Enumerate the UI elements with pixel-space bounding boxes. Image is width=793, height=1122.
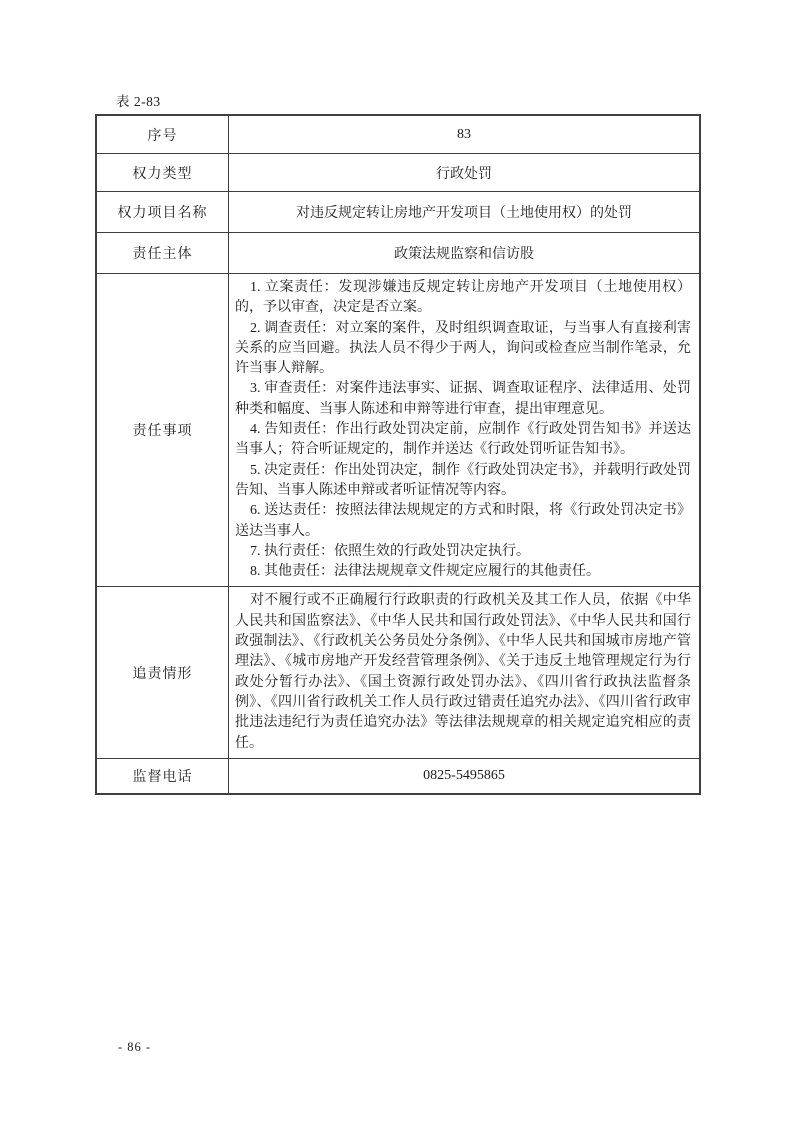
responsibility-item-3: 3. 审查责任：对案件违法事实、证据、调查取证程序、法律适用、处罚种类和幅度、当… <box>235 379 691 420</box>
responsibility-item-2: 2. 调查责任：对立案的案件，及时组织调查取证，与当事人有直接利害关系的应当回避… <box>235 319 691 380</box>
responsibility-item-6: 6. 送达责任：按照法律法规规定的方式和时限，将《行政处罚决定书》送达当事人。 <box>235 501 691 542</box>
table-row: 权力类型 行政处罚 <box>96 154 700 192</box>
table-caption: 表 2-83 <box>116 94 701 110</box>
row-label-accountability-circumstances: 追责情形 <box>96 587 229 758</box>
responsibility-item-5: 5. 决定责任：作出处罚决定，制作《行政处罚决定书》，并载明行政处罚告知、当事人… <box>235 461 691 502</box>
table-row: 序号 83 <box>96 115 700 154</box>
table-row: 追责情形 对不履行或不正确履行行政职责的行政机关及其工作人员，依据《中华人民共和… <box>96 587 700 758</box>
row-label-power-type: 权力类型 <box>96 154 229 192</box>
page-number: - 86 - <box>118 1040 151 1055</box>
row-value-power-item-name: 对违反规定转让房地产开发项目（土地使用权）的处罚 <box>229 192 701 233</box>
row-value-responsibility-items: 1. 立案责任：发现涉嫌违反规定转让房地产开发项目（土地使用权）的，予以审查，决… <box>229 274 701 587</box>
table-row: 权力项目名称 对违反规定转让房地产开发项目（土地使用权）的处罚 <box>96 192 700 233</box>
row-value-supervision-phone: 0825-5495865 <box>229 758 701 794</box>
document-page: { "page": { "title": "表 2-83", "footer":… <box>0 0 793 1122</box>
row-label-serial-number: 序号 <box>96 115 229 154</box>
document-body: 表 2-83 序号 83 权力类型 行政处罚 权力项目名称 对违反规定转让房地产… <box>95 94 701 795</box>
row-value-serial-number: 83 <box>229 115 701 154</box>
responsibility-item-1: 1. 立案责任：发现涉嫌违反规定转让房地产开发项目（土地使用权）的，予以审查，决… <box>235 278 691 319</box>
power-responsibility-table: 序号 83 权力类型 行政处罚 权力项目名称 对违反规定转让房地产开发项目（土地… <box>95 114 701 795</box>
table-row: 监督电话 0825-5495865 <box>96 758 700 794</box>
row-value-power-type: 行政处罚 <box>229 154 701 192</box>
responsibility-item-7: 7. 执行责任：依照生效的行政处罚决定执行。 <box>235 542 691 562</box>
row-label-supervision-phone: 监督电话 <box>96 758 229 794</box>
row-label-power-item-name: 权力项目名称 <box>96 192 229 233</box>
table-row: 责任主体 政策法规监察和信访股 <box>96 233 700 274</box>
table-row: 责任事项 1. 立案责任：发现涉嫌违反规定转让房地产开发项目（土地使用权）的，予… <box>96 274 700 587</box>
responsibility-item-8: 8. 其他责任：法律法规规章文件规定应履行的其他责任。 <box>235 562 691 582</box>
responsibility-item-4: 4. 告知责任：作出行政处罚决定前，应制作《行政处罚告知书》并送达当事人；符合听… <box>235 420 691 461</box>
row-value-responsible-entity: 政策法规监察和信访股 <box>229 233 701 274</box>
row-label-responsible-entity: 责任主体 <box>96 233 229 274</box>
accountability-paragraph: 对不履行或不正确履行行政职责的行政机关及其工作人员，依据《中华人民共和国监察法》… <box>235 591 691 753</box>
row-label-responsibility-items: 责任事项 <box>96 274 229 587</box>
row-value-accountability-circumstances: 对不履行或不正确履行行政职责的行政机关及其工作人员，依据《中华人民共和国监察法》… <box>229 587 701 758</box>
